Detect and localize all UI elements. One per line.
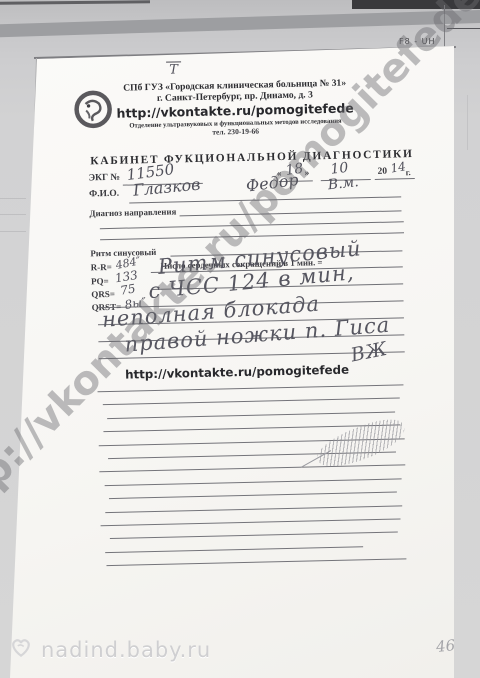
- ruled-line: [101, 518, 401, 526]
- scanned-photo: { "scan": { "top_right_label": "F8 - UH"…: [0, 0, 480, 678]
- ruled-line: [98, 384, 404, 392]
- rr-label: R-R=: [91, 262, 112, 272]
- ruled-line: [105, 478, 402, 486]
- paper-edge-line: [467, 95, 468, 150]
- letterhead: СПб ГУЗ «Городская клиническая больница …: [101, 77, 370, 140]
- field-underline: [129, 196, 401, 203]
- bottom-ruled-lines: [98, 384, 412, 578]
- date-year-value: 14: [389, 159, 406, 175]
- paper-edge-line: [0, 198, 26, 199]
- blank-line: [100, 221, 404, 229]
- midpage-url: http://vkontakte.ru/pomogitefede: [125, 363, 349, 382]
- ruled-line: [107, 411, 395, 419]
- ruled-line: [105, 505, 402, 513]
- pq-label: PQ=: [91, 276, 109, 286]
- diagnosis-label: Диагноз направления: [89, 206, 176, 218]
- doctor-signature: ВЖ: [349, 338, 390, 367]
- scanner-edge-top-right: [352, 0, 480, 9]
- page-number: 46: [435, 636, 456, 656]
- fio-label: Ф.И.О.: [89, 189, 119, 200]
- fio-first-name: Федор: [245, 170, 300, 196]
- ruled-line: [110, 532, 398, 540]
- document-page: Т СПб ГУЗ «Городская клиническая больниц…: [10, 46, 454, 678]
- ruled-line: [109, 492, 397, 500]
- paper-edge-line: [0, 231, 26, 232]
- form: Т СПб ГУЗ «Городская клиническая больниц…: [38, 53, 454, 672]
- site-watermark-text: nadind.baby.ru: [41, 638, 211, 662]
- underlying-paper-edge: [0, 10, 480, 38]
- paper-edge-line: [0, 214, 26, 215]
- top-right-label: F8 - UH: [399, 37, 436, 46]
- ruled-line: [105, 546, 363, 553]
- date-year-suffix: г.: [406, 167, 411, 177]
- date-year-printed: 20: [378, 167, 388, 177]
- field-underline: [180, 210, 402, 216]
- qrs-value: 75: [119, 281, 136, 297]
- handwritten-top-mark: Т: [166, 61, 181, 77]
- field-underline: [375, 178, 415, 180]
- ruled-line: [103, 398, 400, 406]
- ruled-line: [99, 465, 405, 473]
- date-quote-close: »: [305, 168, 310, 178]
- fio-patronymic: В.м.: [327, 174, 359, 193]
- qrs-label: QRS=: [91, 289, 115, 300]
- heart-logo-icon: [8, 634, 34, 665]
- scanner-edge-top-left: [0, 0, 150, 5]
- site-watermark: nadind.baby.ru: [8, 634, 211, 665]
- ekg-number-label: ЭКГ №: [89, 173, 121, 184]
- paper-edge-line: [447, 28, 480, 29]
- ruled-line: [106, 558, 406, 566]
